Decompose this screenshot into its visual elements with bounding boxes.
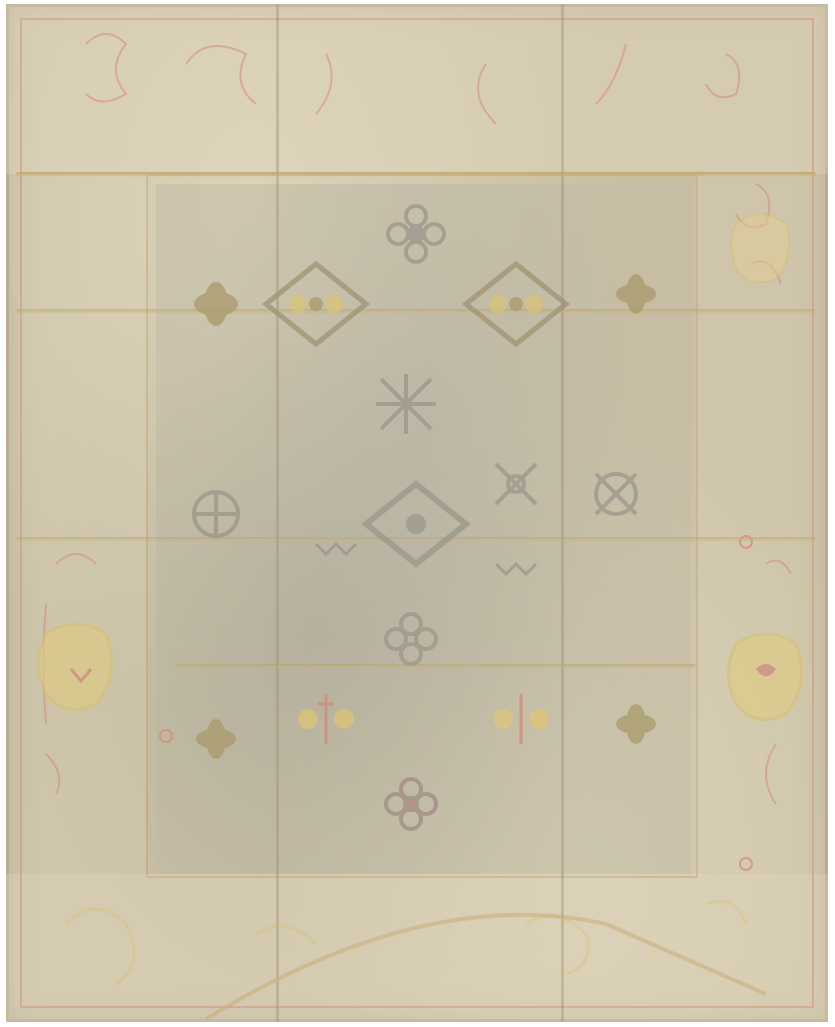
palmette-right bbox=[729, 634, 802, 720]
rug bbox=[6, 4, 828, 1022]
palmette-right-top bbox=[731, 214, 789, 282]
rug-pattern bbox=[6, 4, 828, 1022]
palmette-left bbox=[39, 624, 112, 710]
